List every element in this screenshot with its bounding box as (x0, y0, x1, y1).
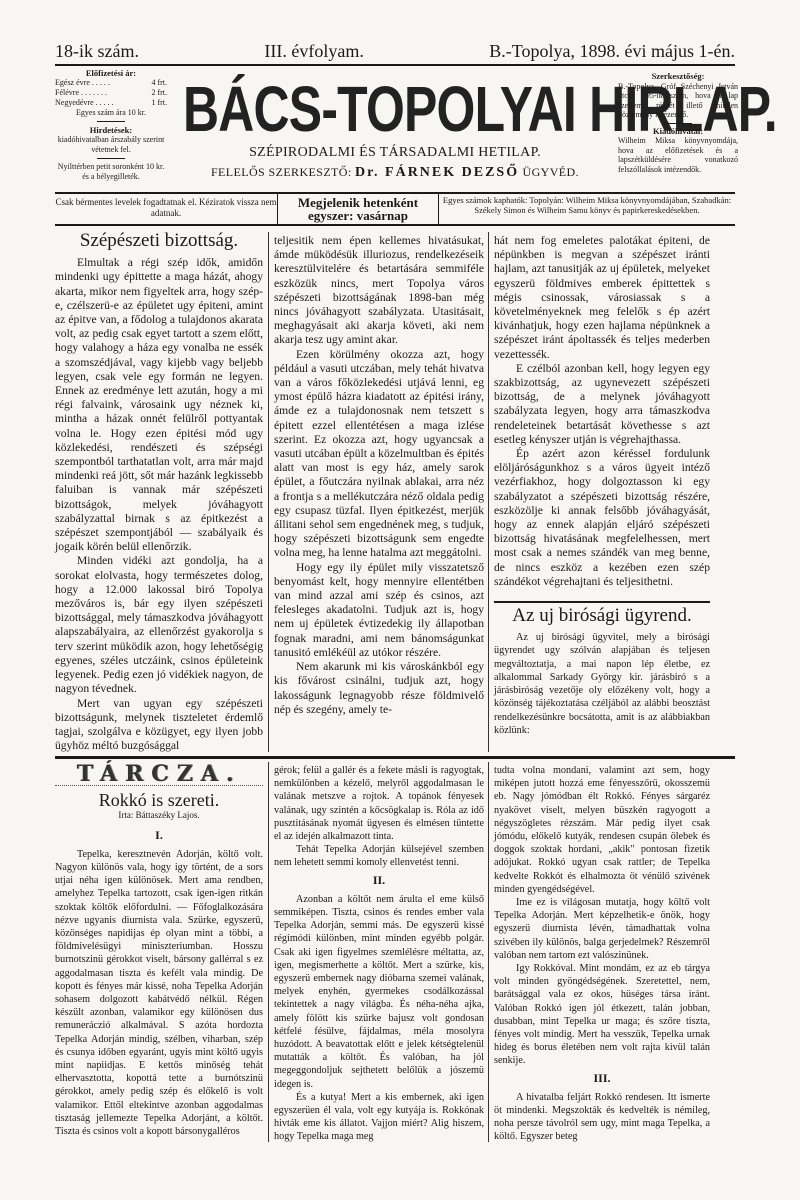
ads-text: kiadóhivatalban árszabály szerint vétetn… (55, 135, 167, 155)
divider (97, 121, 125, 122)
volume: III. évfolyam. (264, 41, 363, 64)
single-price: Egyes szám ára 10 kr. (55, 108, 167, 118)
column-divider (268, 232, 269, 752)
article1-col3: hát nem fog emeletes palotákat épiteni, … (494, 234, 710, 737)
paragraph: E czélból azonban kell, hogy legyen egy … (494, 362, 710, 447)
subscription-box: Előfizetési ár: Egész évre . . . . .4 fr… (55, 68, 167, 182)
publisher-heading: Kiadóhivatal: (618, 127, 738, 137)
paragraph: Igy Rokkóval. Mint mondám, ez az eb tárg… (494, 962, 710, 1068)
publisher-text: Wilheim Miksa könyvnyomdája, hova az elő… (618, 136, 738, 174)
column-divider (488, 232, 489, 752)
editorial-text: B.-Topolya, Gróf Széchenyi István utcza … (618, 82, 738, 120)
article2-title: Az uj birósági ügyrend. (494, 609, 710, 623)
newspaper-subtitle: SZÉPIRODALMI ÉS TÁRSADALMI HETILAP. (205, 145, 585, 161)
story-title: Rokkó is szereti. (55, 794, 263, 807)
tarcza-col2: gérok; felül a gallér és a fekete másli … (274, 764, 484, 1144)
paragraph: gérok; felül a gallér és a fekete másli … (274, 764, 484, 843)
sales-points: Egyes számok kaphatók: Topolyán: Wilheim… (439, 194, 735, 224)
paragraph: Azonban a költőt nem árulta el eme külső… (274, 893, 484, 1091)
chapter-number: II. (274, 874, 484, 887)
section-divider (494, 601, 710, 603)
issue-number: 18-ik szám. (55, 41, 139, 64)
masthead: Előfizetési ár: Egész évre . . . . .4 fr… (55, 68, 735, 192)
nyilter-text: Nyilttérben petit soronként 10 kr. és a … (55, 162, 167, 182)
article1-col2: teljesitik nem épen kellemes hivatásukat… (274, 234, 484, 717)
editor-name: Dr. FÁRNEK DEZSŐ (355, 165, 519, 180)
tarcza-col3: tudta volna mondani, valamint azt sem, h… (494, 764, 710, 1144)
feuilleton-divider (55, 756, 735, 759)
issue-line: 18-ik szám. III. évfolyam. B.-Topolya, 1… (55, 38, 735, 66)
price-row: Félévre . . . . . . .2 frt. (55, 88, 167, 98)
paragraph: A hivatalba feljárt Rokkó rendesen. Itt … (494, 1091, 710, 1144)
editor-line: FELELŐS SZERKESZTŐ: Dr. FÁRNEK DEZSŐ ÜGY… (205, 165, 585, 181)
info-bar: Csak bérmentes levelek fogadtatnak el. K… (55, 192, 735, 226)
chapter-number: III. (494, 1072, 710, 1085)
chapter-number: I. (55, 829, 263, 842)
article1-col1: Szépészeti bizottság. Elmultak a régi sz… (55, 230, 263, 753)
paragraph: Tehát Tepelka Adorján külsejével szemben… (274, 843, 484, 869)
paragraph: Minden vidéki azt gondolja, ha a sorokat… (55, 554, 263, 696)
column-divider (268, 762, 269, 1142)
section-heading-tarcza: TÁRCZA. (55, 768, 263, 781)
paragraph: Tepelka, keresztnevén Adorján, költő vol… (55, 848, 263, 1138)
article-title: Szépészeti bizottság. (55, 234, 263, 248)
paragraph: Ép azért azon kéréssel fordulunk elöljár… (494, 447, 710, 589)
divider (664, 123, 692, 124)
subscription-heading: Előfizetési ár: (55, 68, 167, 78)
editorial-box: Szerkesztőség: B.-Topolya, Gróf Szécheny… (618, 72, 738, 174)
place-date: B.-Topolya, 1898. évi május 1-én. (489, 41, 735, 64)
publication-schedule: Megjelenik hetenként egyszer: vasárnap (278, 194, 439, 224)
paragraph: teljesitik nem épen kellemes hivatásukat… (274, 234, 484, 348)
newspaper-title: BÁCS-TOPOLYAI HIRLAP. (183, 74, 495, 144)
letters-notice: Csak bérmentes levelek fogadtatnak el. K… (55, 194, 278, 224)
paragraph: Hogy egy ily épület mily visszatetsző be… (274, 561, 484, 660)
paragraph: Nem akarunk mi kis városkánkból egy kis … (274, 660, 484, 717)
column-divider (488, 762, 489, 1142)
paragraph: hát nem fog emeletes palotákat épiteni, … (494, 234, 710, 362)
editorial-heading: Szerkesztőség: (618, 72, 738, 82)
paragraph: És a kutya! Mert a kis embernek, aki ige… (274, 1091, 484, 1144)
paragraph: Elmultak a régi szép idők, amidőn minden… (55, 256, 263, 554)
paragraph: tudta volna mondani, valamint azt sem, h… (494, 764, 710, 896)
ads-heading: Hirdetések: (55, 125, 167, 135)
price-row: Negyedévre . . . . .1 frt. (55, 98, 167, 108)
price-row: Egész évre . . . . .4 frt. (55, 78, 167, 88)
divider (97, 158, 125, 159)
tarcza-col1: TÁRCZA. Rokkó is szereti. Irta: Báttaszé… (55, 768, 263, 1138)
byline: Irta: Báttaszéky Lajos. (55, 809, 263, 822)
paragraph: Ime ez is világosan mutatja, hogy költő … (494, 896, 710, 962)
paragraph: Mert van ugyan egy szépészeti bizottságu… (55, 697, 263, 754)
paragraph: Az uj birósági ügyvitel, mely a birósági… (494, 631, 710, 737)
paragraph: Ezen körülmény okozza azt, hogy például … (274, 348, 484, 561)
